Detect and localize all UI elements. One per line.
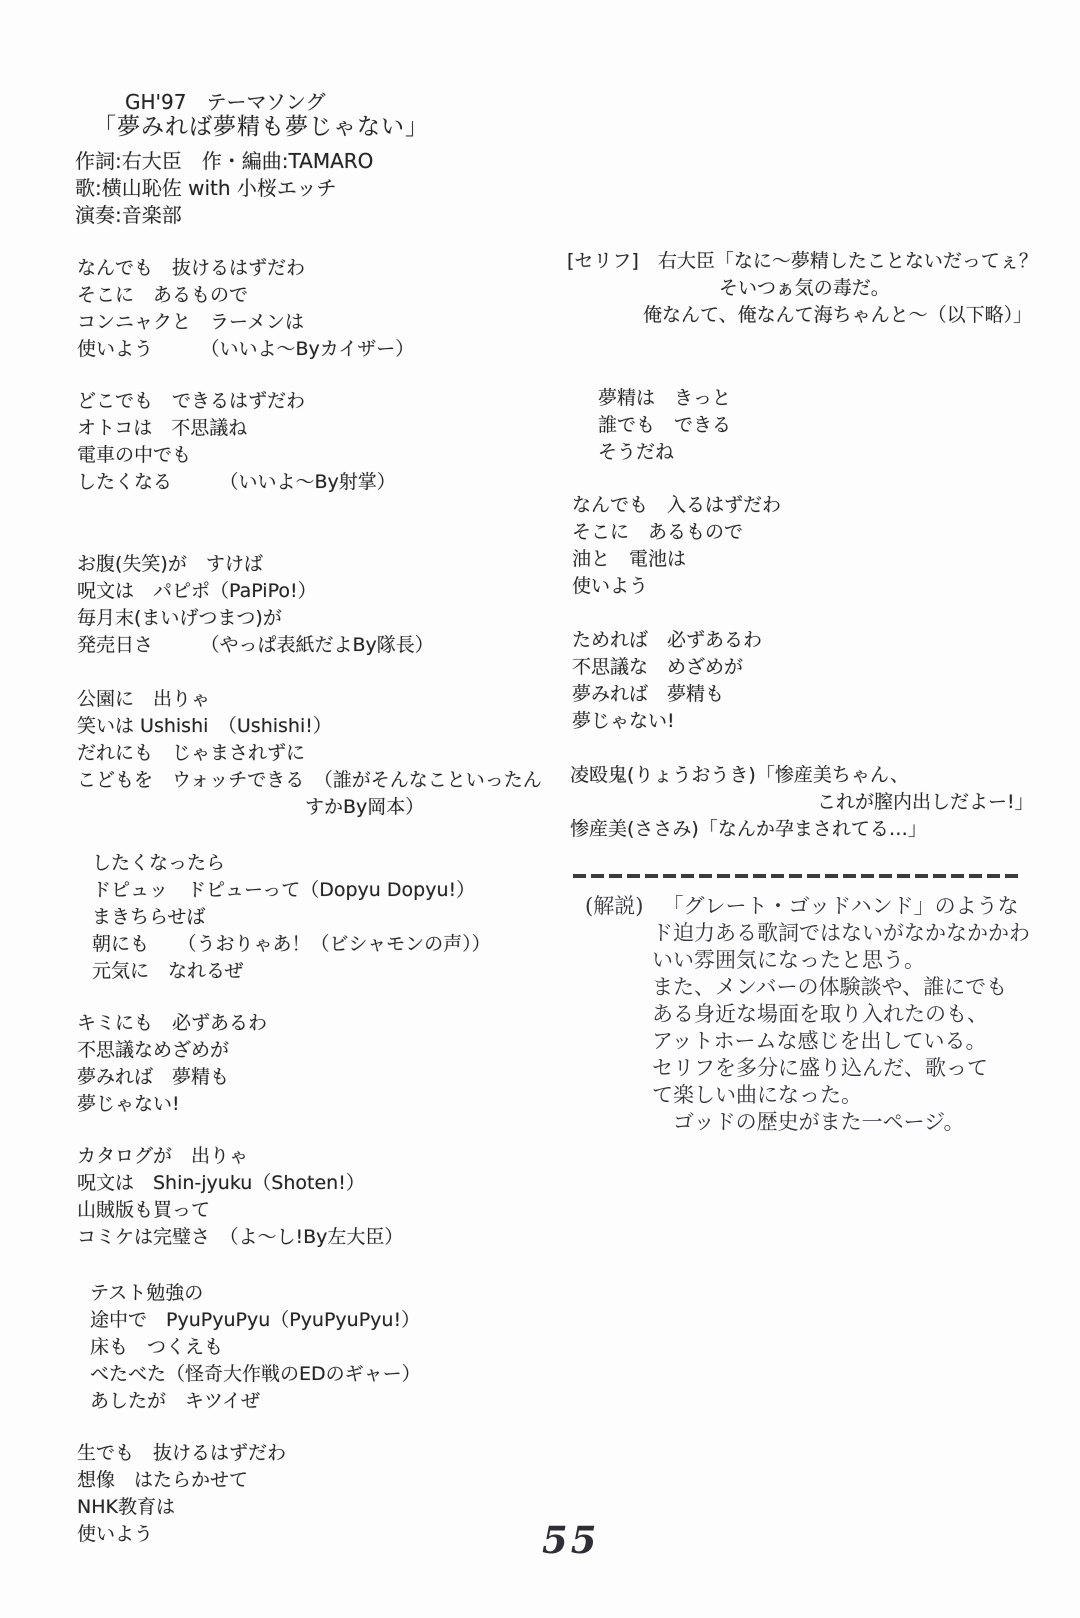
text-line: 電車の中でも: [77, 442, 396, 469]
text-line: こどもを ウォッチできる （誰がそんなこといったん: [77, 767, 542, 794]
text-line: そいつぁ気の毒だ。: [567, 275, 1038, 302]
text-line: すかBy岡本）: [77, 794, 542, 821]
text-line: 呪文は Shin-jyuku（Shoten!）: [77, 1170, 403, 1197]
text-line: 不思議なめざめが: [77, 1037, 267, 1064]
stanza-left-7: カタログが 出りゃ呪文は Shin-jyuku（Shoten!）山賊版も買ってコ…: [77, 1143, 403, 1251]
text-line: 俺なんて、俺なんて海ちゃんと～（以下略）」: [567, 302, 1038, 329]
text-line: キミにも 必ずあるわ: [77, 1010, 267, 1037]
stanza-right-3: ためれば 必ずあるわ不思議な めざめが夢みれば 夢精も夢じゃない!: [572, 627, 762, 735]
text-line: そこに あるもので: [77, 282, 414, 309]
text-line: ある身近な場面を取り入れたのも、: [652, 1001, 1030, 1028]
text-line: 床も つくえも: [90, 1334, 421, 1361]
text-line: べたべた（怪奇大作戦のEDのギャー）: [90, 1361, 421, 1388]
text-line: コミケは完璧さ （よ～し!By左大臣）: [77, 1224, 403, 1251]
text-line: 使いよう （いいよ～Byカイザー）: [77, 336, 414, 363]
text-line: 使いよう: [572, 573, 781, 600]
dashed-divider: [573, 874, 1018, 878]
stanza-left-9: 生でも 抜けるはずだわ想像 はたらかせてNHK教育は使いよう: [77, 1440, 286, 1548]
text-line: 夢じゃない!: [572, 708, 762, 735]
text-line: 不思議な めざめが: [572, 654, 762, 681]
text-line: 作詞:右大臣 作・編曲:TAMARO: [75, 148, 373, 175]
text-line: なんでも 入るはずだわ: [572, 492, 781, 519]
text-line: だれにも じゃまされずに: [77, 740, 542, 767]
stanza-left-6: キミにも 必ずあるわ不思議なめざめが夢みれば 夢精も夢じゃない!: [77, 1010, 267, 1118]
text-line: 歌:横山恥佐 with 小桜エッチ: [75, 175, 373, 202]
commentary-block: 「グレート・ゴッドハンド」のようなド迫力ある歌詞ではないがなかなかかわいい雰囲気…: [652, 893, 1030, 1136]
song-title: 「夢みれば夢精も夢じゃない」: [93, 108, 429, 141]
text-line: 夢みれば 夢精も: [572, 681, 762, 708]
stanza-left-2: どこでも できるはずだわオトコは 不思議ね電車の中でもしたくなる （いいよ～By…: [77, 388, 396, 496]
text-line: アットホームな感じを出している。: [652, 1028, 1030, 1055]
text-line: いい雰囲気になったと思う。: [652, 947, 1030, 974]
text-line: 発売日さ （やっぱ表紙だよBy隊長）: [77, 632, 434, 659]
text-line: 夢精は きっと: [598, 385, 731, 412]
text-line: カタログが 出りゃ: [77, 1143, 403, 1170]
text-line: これが膣内出しだよー!」: [570, 789, 1034, 816]
text-line: て楽しい曲になった。: [652, 1082, 1030, 1109]
text-line: NHK教育は: [77, 1494, 286, 1521]
text-line: まきちらせば: [92, 904, 491, 931]
text-line: 生でも 抜けるはずだわ: [77, 1440, 286, 1467]
text-line: セリフを多分に盛り込んだ、歌って: [652, 1055, 1030, 1082]
scanned-lyrics-page: GH'97 テーマソング 「夢みれば夢精も夢じゃない」 作詞:右大臣 作・編曲:…: [0, 0, 1080, 1618]
text-line: ドピュッ ドピューって（Dopyu Dopyu!）: [92, 877, 491, 904]
text-line: 山賊版も買って: [77, 1197, 403, 1224]
text-line: 夢みれば 夢精も: [77, 1064, 267, 1091]
text-line: お腹(失笑)が すけば: [77, 551, 434, 578]
page-number: 55: [542, 1518, 600, 1562]
text-line: 夢じゃない!: [77, 1091, 267, 1118]
stanza-left-1: なんでも 抜けるはずだわそこに あるものでコンニャクと ラーメンは使いよう （い…: [77, 255, 414, 363]
text-line: コンニャクと ラーメンは: [77, 309, 414, 336]
text-line: 毎月末(まいげつまつ)が: [77, 605, 434, 632]
text-line: あしたが キツイぜ: [90, 1388, 421, 1415]
text-line: 油と 電池は: [572, 546, 781, 573]
text-line: また、メンバーの体験談や、誰にでも: [652, 974, 1030, 1001]
stanza-left-3: お腹(失笑)が すけば呪文は パピポ（PaPiPo!）毎月末(まいげつまつ)が発…: [77, 551, 434, 659]
stanza-right-1: 夢精は きっと誰でも できるそうだね: [598, 385, 731, 466]
dialogue-block: 凌殴鬼(りょうおうき)「惨産美ちゃん、 これが膣内出しだよー!」惨産美(ささみ)…: [570, 762, 1034, 843]
stanza-right-2: なんでも 入るはずだわそこに あるもので油と 電池は使いよう: [572, 492, 781, 600]
text-line: 誰でも できる: [598, 412, 731, 439]
text-line: 朝にも （うおりゃあ！（ビシャモンの声））: [92, 931, 491, 958]
text-line: 想像 はたらかせて: [77, 1467, 286, 1494]
text-line: 元気に なれるぜ: [92, 958, 491, 985]
text-line: 凌殴鬼(りょうおうき)「惨産美ちゃん、: [570, 762, 1034, 789]
spoken-call-block: [セリフ] 右大臣「なに～夢精したことないだってぇ？ そいつぁ気の毒だ。 俺なん…: [567, 248, 1038, 329]
credits-block: 作詞:右大臣 作・編曲:TAMARO歌:横山恥佐 with 小桜エッチ演奏:音楽…: [75, 148, 373, 229]
stanza-left-8: テスト勉強の途中で PyuPyuPyu（PyuPyuPyu!）床も つくえもべた…: [90, 1280, 421, 1415]
text-line: 笑いは Ushishi （Ushishi!）: [77, 713, 542, 740]
text-line: 「グレート・ゴッドハンド」のような: [652, 893, 1030, 920]
stanza-left-4: 公園に 出りゃ笑いは Ushishi （Ushishi!）だれにも じゃまされず…: [77, 686, 542, 821]
text-line: したくなったら: [92, 850, 491, 877]
text-line: 途中で PyuPyuPyu（PyuPyuPyu!）: [90, 1307, 421, 1334]
text-line: なんでも 抜けるはずだわ: [77, 255, 414, 282]
text-line: したくなる （いいよ～By射掌）: [77, 469, 396, 496]
commentary-label: (解説): [585, 893, 643, 920]
text-line: [セリフ] 右大臣「なに～夢精したことないだってぇ？: [567, 248, 1038, 275]
text-line: 惨産美(ささみ)「なんか孕まされてる…」: [570, 816, 1034, 843]
text-line: テスト勉強の: [90, 1280, 421, 1307]
text-line: 使いよう: [77, 1521, 286, 1548]
text-line: そうだね: [598, 439, 731, 466]
text-line: 公園に 出りゃ: [77, 686, 542, 713]
text-line: 演奏:音楽部: [75, 202, 373, 229]
text-line: 呪文は パピポ（PaPiPo!）: [77, 578, 434, 605]
text-line: そこに あるもので: [572, 519, 781, 546]
text-line: ゴッドの歴史がまた一ページ。: [652, 1109, 1030, 1136]
text-line: どこでも できるはずだわ: [77, 388, 396, 415]
stanza-left-5: したくなったらドピュッ ドピューって（Dopyu Dopyu!）まきちらせば朝に…: [92, 850, 491, 985]
text-line: ド迫力ある歌詞ではないがなかなかかわ: [652, 920, 1030, 947]
text-line: オトコは 不思議ね: [77, 415, 396, 442]
text-line: ためれば 必ずあるわ: [572, 627, 762, 654]
